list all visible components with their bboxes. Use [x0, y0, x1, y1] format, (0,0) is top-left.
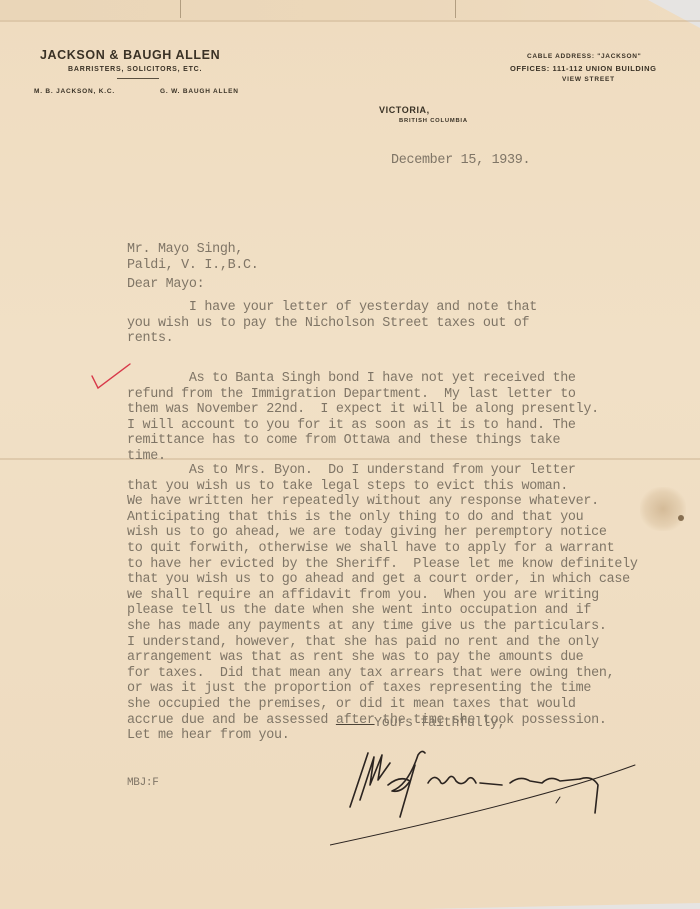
paragraph-bond-refund: As to Banta Singh bond I have not yet re…: [127, 371, 599, 465]
firm-tagline: BARRISTERS, SOLICITORS, ETC.: [68, 66, 202, 73]
underlined-word: after: [336, 713, 375, 728]
paper-stain-spot: [678, 515, 684, 521]
paragraph-taxes: I have your letter of yesterday and note…: [127, 300, 537, 347]
closing: Yours faithfully,: [374, 716, 506, 732]
partner-name-2: G. W. BAUGH ALLEN: [160, 88, 239, 95]
check-mark-icon: [90, 362, 134, 392]
paper-crease: [455, 0, 456, 18]
paper-stain: [640, 487, 686, 531]
paper-crease: [180, 0, 181, 18]
reference-initials: MBJ:F: [127, 776, 159, 792]
partner-name-1: M. B. JACKSON, K.C.: [34, 88, 115, 95]
office-address: OFFICES: 111-112 UNION BUILDING: [510, 64, 657, 73]
letterhead-province: BRITISH COLUMBIA: [399, 118, 468, 124]
salutation: Dear Mayo:: [127, 277, 204, 293]
paper-fold: [0, 20, 700, 22]
cable-address: CABLE ADDRESS: "JACKSON": [527, 53, 641, 60]
letterhead-rule: [117, 78, 159, 79]
letter-date: December 15, 1939.: [391, 153, 530, 169]
letter-page: JACKSON & BAUGH ALLEN BARRISTERS, SOLICI…: [0, 0, 700, 909]
recipient-address: Mr. Mayo Singh, Paldi, V. I.,B.C.: [127, 242, 259, 273]
signature-icon: [330, 745, 690, 855]
paper-top-edge: [0, 0, 700, 20]
letterhead-city: VICTORIA,: [379, 105, 430, 115]
paragraph-eviction: As to Mrs. Byon. Do I understand from yo…: [127, 463, 638, 744]
office-street: VIEW STREET: [562, 76, 615, 83]
firm-name: JACKSON & BAUGH ALLEN: [40, 48, 220, 62]
paragraph-eviction-text: As to Mrs. Byon. Do I understand from yo…: [127, 463, 638, 728]
paper-bottom-edge: [400, 903, 700, 909]
